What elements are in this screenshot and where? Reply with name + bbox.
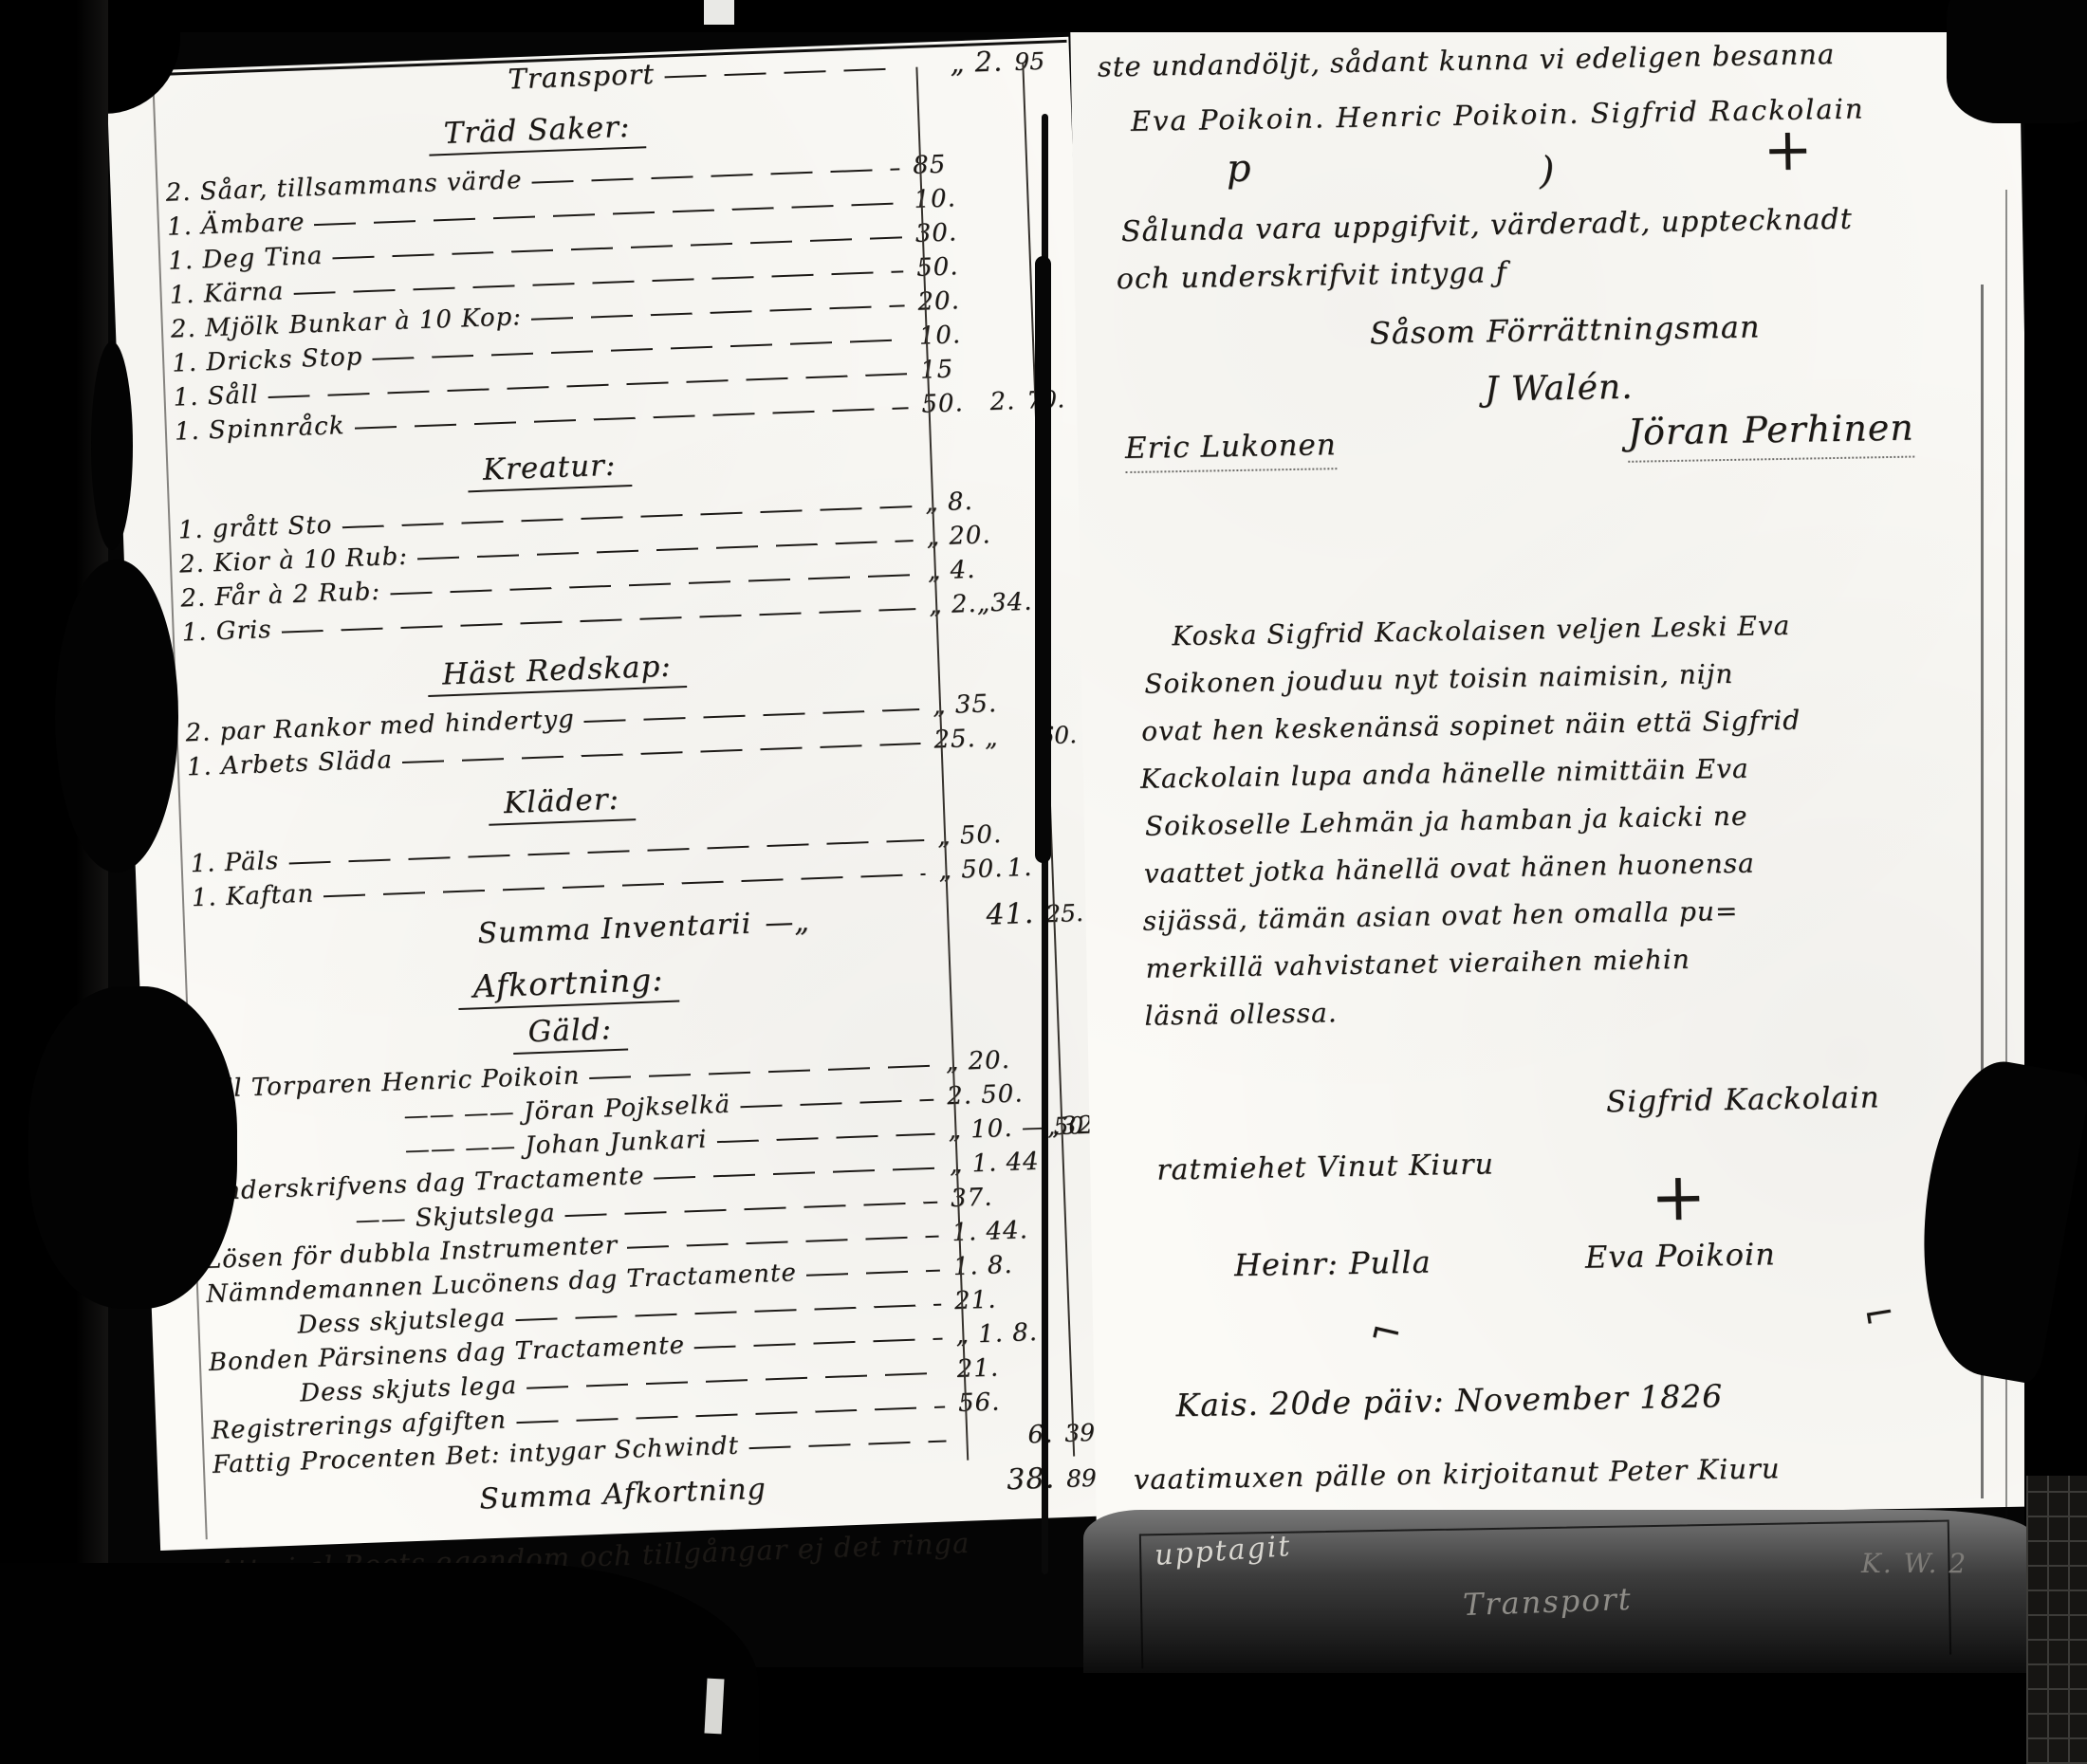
pen-mark: ⌐: [1366, 1308, 1408, 1358]
amount-kop: „ 50.: [930, 820, 1003, 852]
item-label: 1. Kaftan: [191, 880, 314, 913]
right-page: ste undandöljt, sådant kunna vi edeligen…: [1070, 0, 2045, 1523]
summa-rub: 38.: [1007, 1461, 1061, 1497]
right-page-footer-shadow: upptagit Transport K. W. 2: [1083, 1510, 2032, 1673]
bomarke-cross: +: [1650, 1157, 1708, 1236]
leader-line: [805, 1251, 940, 1280]
item-label: 1. Dricks Stop: [172, 342, 363, 377]
item-label: 1. Deg Tina: [168, 242, 323, 276]
scanner-tab-top: [704, 0, 734, 25]
pen-mark: ): [1540, 149, 1556, 193]
amount-kop2: 95: [1007, 46, 1061, 76]
role-line: Såsom Förrättningsman: [1370, 308, 1761, 351]
amount-kop: 15: [913, 355, 954, 385]
signature-pulla: Heinr: Pulla: [1234, 1244, 1431, 1284]
item-label: 2. Kior à 10 Rub:: [179, 542, 409, 579]
scan-shadow-streak: [91, 341, 133, 550]
item-label: 1. Spinnråck: [174, 412, 345, 447]
amount-kop: „ 35.: [925, 689, 998, 721]
subtotal-rub: „34.: [976, 587, 1038, 617]
item-label: 1. Arbets Släda: [186, 745, 393, 781]
item-label: Dess skjutslega: [297, 1303, 507, 1339]
item-label: 1. Ämbare: [166, 208, 305, 241]
scanned-ledger-spread: Transport „ 2. 95 Träd Saker: 2. Såar, t…: [0, 0, 2087, 1764]
item-label: 1. Såll: [173, 380, 259, 412]
subtotal-kop: [1011, 168, 1063, 170]
closing-line: vaatimuxen pälle on kirjoitanut Peter Ki…: [1134, 1452, 1781, 1496]
subtotal-kop: [1013, 202, 1065, 204]
amount-kop: 20.: [910, 286, 960, 317]
page-curl-shadow: [0, 1563, 759, 1764]
amount-kop: 10.: [911, 321, 961, 351]
scan-shadow-blob: [1947, 0, 2087, 123]
amount-kop: „ 4.: [919, 556, 976, 586]
amount-kop: 1. 8.: [945, 1251, 1013, 1282]
summa-dash: —„: [765, 905, 811, 940]
book-gutter-shadow: [1035, 256, 1051, 863]
date-line: Kais. 20de päiv: November 1826: [1175, 1377, 1723, 1424]
leader-line: [583, 689, 919, 726]
subtotal-rub: 2.: [989, 387, 1021, 416]
item-label: 1. Päls: [190, 847, 280, 878]
item-label: Dess skjuts lega: [300, 1371, 518, 1407]
summa-rub: 41.: [986, 897, 1040, 932]
scan-shadow-blob: [28, 986, 237, 1309]
signature-lukonen: Eric Lukonen: [1125, 428, 1338, 473]
subtotal-rub: 1.: [1007, 854, 1038, 883]
continuation-line: ste undandöljt, sådant kunna vi edeligen…: [1098, 38, 1836, 83]
amount-kop: 10.: [906, 184, 956, 214]
amount-kop: 1. 44.: [944, 1216, 1028, 1247]
amount-kop: 50.: [909, 252, 959, 283]
attest-line-2: och underskrifvit intyga ƒ: [1117, 256, 1508, 296]
pen-mark: p: [1226, 147, 1251, 191]
finnish-paragraph: Koska Sigfrid Kackolaisen veljen Leski E…: [1172, 610, 1806, 1047]
footer-scrawl-center: Transport: [1462, 1581, 1633, 1623]
declarant-names-line: Eva Poikoin. Henric Poikoin. Sigfrid Rac…: [1131, 92, 1865, 137]
signature-poikoin: Eva Poikoin: [1585, 1236, 1777, 1276]
signature-walen: J Walén.: [1485, 368, 1634, 410]
amount-kop: 21.: [947, 1285, 997, 1315]
amount-kop: „ 20.: [937, 1046, 1010, 1077]
amount-kop: 85: [905, 151, 947, 181]
amount-kop: 2. 50.: [939, 1079, 1024, 1111]
item-label: 1. grått Sto: [177, 511, 333, 545]
attest-line-1: Sålunda vara uppgifvit, värderadt, uppte…: [1121, 203, 1853, 248]
amount-kop: 25. „: [926, 724, 999, 755]
item-label: 1. Kärna: [169, 277, 285, 309]
pen-mark: ⌐: [1860, 1291, 1899, 1339]
amount-kop: 30.: [907, 218, 957, 248]
subtotal-kop: [1025, 540, 1078, 542]
subtotal-kop: [1014, 236, 1066, 238]
amount-kop: 21.: [949, 1353, 999, 1384]
scan-shadow-blob: [55, 560, 178, 873]
left-page: Transport „ 2. 95 Träd Saker: 2. Såar, t…: [106, 37, 1122, 1551]
transport-row: Transport „ 2. 95: [161, 41, 1061, 118]
scanner-tab-bottom: [704, 1679, 724, 1735]
footer-scrawl-right: K. W. 2: [1861, 1548, 1967, 1579]
signature-perhinen: Jöran Perhinen: [1627, 407, 1914, 463]
leader-line: [589, 1046, 933, 1083]
spacer: [775, 1463, 948, 1498]
item-label: 2. Får à 2 Rub:: [180, 578, 381, 614]
bomarke-cross: +: [1763, 114, 1814, 184]
amount-kop: 56.: [951, 1387, 1001, 1418]
ledger-grid-corner: [2026, 1476, 2087, 1764]
amount-kop: 37.: [943, 1184, 993, 1214]
witness-line: ratmiehet Vinut Kiuru: [1156, 1148, 1494, 1186]
amount-kop: „ 8.: [917, 487, 974, 518]
item-label: 1. Gris: [181, 616, 272, 647]
summa-label: Summa Inventarii: [477, 908, 752, 951]
summa-label: Summa Afkortning: [479, 1473, 767, 1516]
spacer: [819, 898, 928, 930]
amount-kop: „ 50.: [931, 854, 1004, 886]
scan-border-left: [0, 0, 108, 1764]
signature-kackolain: Sigfrid Kackolain: [1606, 1080, 1880, 1119]
item-label: —— Skjutslega: [355, 1199, 556, 1235]
amount-kop: „ 20.: [918, 521, 991, 552]
scan-border-top: [0, 0, 2087, 32]
amount-kop: „ 2.: [921, 590, 978, 620]
amount-kop: 50.: [914, 389, 964, 419]
